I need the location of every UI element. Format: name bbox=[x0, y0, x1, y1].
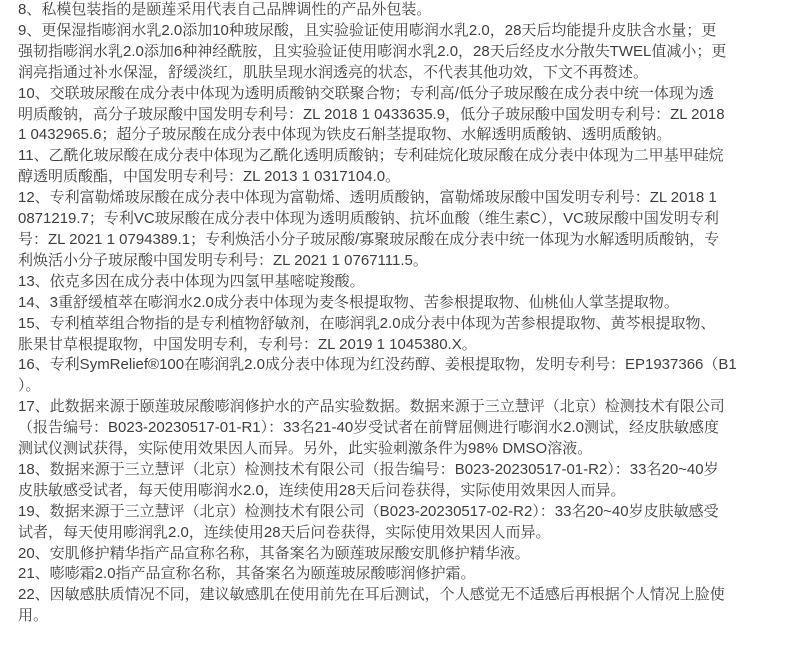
disclaimer-line: 试者，每天使用嘭润乳2.0，连续使用28天后问卷获得，实际使用效果因人而异。 bbox=[18, 523, 776, 544]
disclaimer-line: 利焕活小分子玻尿酸中国发明专利号：ZL 2021 1 0767111.5。 bbox=[18, 251, 776, 272]
disclaimer-line: 18、数据来源于三立慧评（北京）检测技术有限公司（报告编号：B023-20230… bbox=[18, 460, 776, 481]
disclaimer-line: 11、乙酰化玻尿酸在成分表中体现为乙酰化透明质酸钠；专利硅烷化玻尿酸在成分表中体… bbox=[18, 146, 776, 167]
disclaimer-line: 16、专利SymRelief®100在嘭润乳2.0成分表中体现为红没药醇、姜根提… bbox=[18, 355, 776, 376]
disclaimer-line: 0871219.7；专利VC玻尿酸在成分表中体现为透明质酸钠、抗坏血酸（维生素C… bbox=[18, 209, 776, 230]
disclaimer-line: 润亮指通过补水保湿，舒缓淡红，肌肤呈现水润透亮的状态，不代表其他功效，下文不再赘… bbox=[18, 63, 776, 84]
disclaimer-line: 21、嘭嘭霜2.0指产品宣称名称，其备案名为颐莲玻尿酸嘭润修护霜。 bbox=[18, 564, 776, 585]
disclaimer-line: 醇透明质酸酯，中国发明专利号：ZL 2013 1 0317104.0。 bbox=[18, 167, 776, 188]
disclaimer-line: 10、交联玻尿酸在成分表中体现为透明质酸钠交联聚合物；专利高/低分子玻尿酸在成分… bbox=[18, 84, 776, 105]
disclaimer-line: ）。 bbox=[18, 376, 776, 397]
disclaimer-line: 1 0432965.6；超分子玻尿酸在成分表中体现为铁皮石斛茎提取物、水解透明质… bbox=[18, 125, 776, 146]
disclaimer-line: （报告编号：B023-20230517-01-R1）：33名21-40岁受试者在… bbox=[18, 418, 776, 439]
disclaimer-line: 15、专利植萃组合物指的是专利植物舒敏剂，在嘭润乳2.0成分表中体现为苦参根提取… bbox=[18, 314, 776, 335]
disclaimer-line: 8、私模包装指的是颐莲采用代表自己品牌调性的产品外包装。 bbox=[18, 0, 776, 21]
disclaimer-line: 17、此数据来源于颐莲玻尿酸嘭润修护水的产品实验数据。数据来源于三立慧评（北京）… bbox=[18, 397, 776, 418]
disclaimer-line: 用。 bbox=[18, 606, 776, 627]
disclaimer-line: 14、3重舒缓植萃在嘭润水2.0成分表中体现为麦冬根提取物、苦参根提取物、仙桃仙… bbox=[18, 293, 776, 314]
disclaimer-line: 皮肤敏感受试者，每天使用嘭润水2.0，连续使用28天后问卷获得，实际使用效果因人… bbox=[18, 481, 776, 502]
disclaimer-line: 19、数据来源于三立慧评（北京）检测技术有限公司（B023-20230517-0… bbox=[18, 502, 776, 523]
disclaimer-line: 22、因敏感肤质情况不同，建议敏感肌在使用前先在耳后测试，个人感觉无不适感后再根… bbox=[18, 585, 776, 606]
disclaimer-list: 8、私模包装指的是颐莲采用代表自己品牌调性的产品外包装。9、更保湿指嘭润水乳2.… bbox=[0, 0, 790, 627]
disclaimer-line: 13、依克多因在成分表中体现为四氢甲基嘧啶羧酸。 bbox=[18, 272, 776, 293]
disclaimer-line: 20、安肌修护精华指产品宣称名称，其备案名为颐莲玻尿酸安肌修护精华液。 bbox=[18, 544, 776, 565]
disclaimer-line: 12、专利富勒烯玻尿酸在成分表中体现为富勒烯、透明质酸钠，富勒烯玻尿酸中国发明专… bbox=[18, 188, 776, 209]
disclaimer-line: 胀果甘草根提取物，中国发明专利，专利号：ZL 2019 1 1045380.X。 bbox=[18, 335, 776, 356]
disclaimer-line: 测试仪测试获得，实际使用效果因人而异。另外，此实验刺激条件为98% DMSO溶液… bbox=[18, 439, 776, 460]
disclaimer-line: 明质酸钠，高分子玻尿酸中国发明专利号：ZL 2018 1 0433635.9，低… bbox=[18, 105, 776, 126]
disclaimer-line: 号：ZL 2021 1 0794389.1；专利焕活小分子玻尿酸/寡聚玻尿酸在成… bbox=[18, 230, 776, 251]
disclaimer-line: 强韧指嘭润水乳2.0添加6种神经酰胺，且实验验证使用嘭润水乳2.0，28天后经皮… bbox=[18, 42, 776, 63]
disclaimer-line: 9、更保湿指嘭润水乳2.0添加10种玻尿酸，且实验验证使用嘭润水乳2.0，28天… bbox=[18, 21, 776, 42]
